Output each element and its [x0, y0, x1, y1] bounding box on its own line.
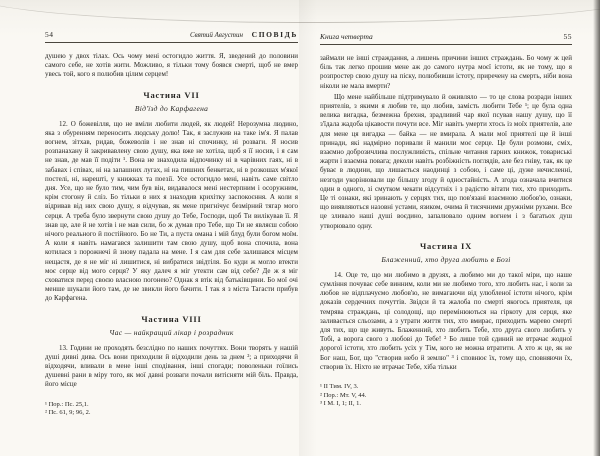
running-book-name: Книга четверта: [320, 32, 373, 41]
part7-subtitle: Від'їзд до Карфагена: [45, 104, 298, 113]
footnotes-left: ¹ Пор.: Пс. 25,1. ² Пс. 61, 9; 96, 2.: [45, 401, 298, 418]
running-book-title: СПОВІДЬ: [252, 30, 298, 39]
page-right: Книга четверта 55 займали не інші стражд…: [306, 0, 600, 456]
paragraph-friends: Що мене найбільше підтримувало й оживлял…: [320, 93, 572, 231]
running-title-left: Святий Августин СПОВІДЬ: [190, 30, 298, 39]
page-header-right: Книга четверта 55: [320, 32, 572, 45]
book-scan: 54 Святий Августин СПОВІДЬ душею у двох …: [0, 0, 600, 456]
footnote: ³ І М. І, 1; ІІ, 1.: [320, 400, 572, 409]
part7-heading: Частина VII: [45, 90, 298, 100]
page-number-left: 54: [45, 30, 54, 39]
part9-heading: Частина IX: [320, 241, 572, 251]
paragraph-13: 13. Години не проходять безслідно по наш…: [45, 344, 298, 390]
page-edge-shadow: [593, 0, 600, 456]
page-left: 54 Святий Августин СПОВІДЬ душею у двох …: [0, 0, 306, 456]
footnote: ² Пор.: Мт. V, 44.: [320, 392, 572, 401]
paragraph-12: 12. О божевілля, що не вміли любити люде…: [45, 120, 298, 304]
footnotes-right: ¹ ІІ Тим. IV, 3. ² Пор.: Мт. V, 44. ³ І …: [320, 383, 572, 409]
footnote: ² Пс. 61, 9; 96, 2.: [45, 409, 298, 418]
page-number-right: 55: [564, 32, 573, 41]
footnote: ¹ ІІ Тим. IV, 3.: [320, 383, 572, 392]
running-author: Святий Августин: [190, 31, 243, 39]
page-header-left: 54 Святий Августин СПОВІДЬ: [45, 30, 298, 43]
part9-subtitle: Блаженний, хто друга любить в Бозі: [320, 255, 572, 264]
paragraph-continuation-left: душею у двох тілах. Ось чому мені остоги…: [45, 52, 298, 80]
part8-heading: Частина VIII: [45, 314, 298, 324]
paragraph-14: 14. Оце те, що ми любимо в друзях, а люб…: [320, 271, 572, 372]
footnote: ¹ Пор.: Пс. 25,1.: [45, 401, 298, 410]
paragraph-continuation-right: займали не інші страждання, а лишень при…: [320, 54, 572, 91]
part8-subtitle: Час — найкращий лікар і розрадник: [45, 328, 298, 337]
